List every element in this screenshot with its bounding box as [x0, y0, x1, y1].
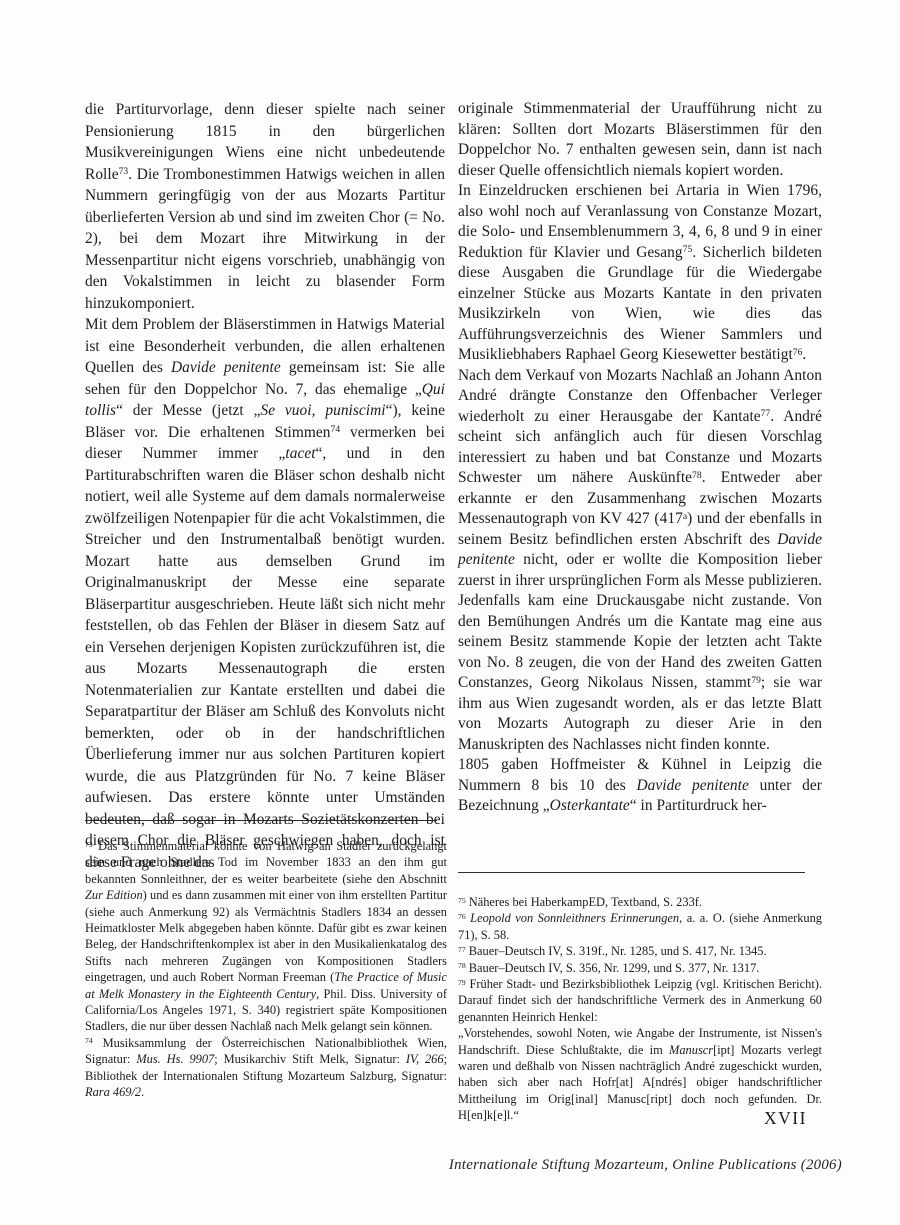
body-paragraph: 1805 gaben Hoffmeister & Kühnel in Leipz…: [458, 755, 822, 817]
footnote: 74 Musiksammlung der Österreichischen Na…: [85, 1035, 447, 1101]
right-column-body: originale Stimmenmaterial der Uraufführu…: [458, 99, 822, 817]
footnote: 75 Näheres bei HaberkampED, Textband, S.…: [458, 894, 822, 910]
footnote: 77 Bauer–Deutsch IV, S. 319f., Nr. 1285,…: [458, 943, 822, 959]
right-column-footnotes: 75 Näheres bei HaberkampED, Textband, S.…: [458, 872, 822, 1124]
page-number: XVII: [764, 1108, 807, 1129]
body-paragraph: In Einzeldrucken erschienen bei Artaria …: [458, 181, 822, 366]
body-paragraph: originale Stimmenmaterial der Uraufführu…: [458, 99, 822, 181]
footnote: 73 Das Stimmenmaterial könnte von Hatwig…: [85, 838, 447, 1035]
footer-credit: Internationale Stiftung Mozarteum, Onlin…: [449, 1157, 842, 1174]
body-paragraph: die Partiturvorlage, denn dieser spielte…: [85, 99, 445, 314]
footnote-separator-rule: [85, 820, 437, 821]
body-paragraph: Mit dem Problem der Bläserstimmen in Hat…: [85, 314, 445, 873]
footnote: 79 Früher Stadt- und Bezirksbibliothek L…: [458, 976, 822, 1025]
footnote: 78 Bauer–Deutsch IV, S. 356, Nr. 1299, u…: [458, 960, 822, 976]
left-column-footnotes: 73 Das Stimmenmaterial könnte von Hatwig…: [85, 820, 447, 1101]
left-column-body: die Partiturvorlage, denn dieser spielte…: [85, 99, 445, 873]
footnote-separator-rule: [458, 872, 805, 873]
footnote: 76 Leopold von Sonnleithners Erinnerunge…: [458, 910, 822, 943]
body-paragraph: Nach dem Verkauf von Mozarts Nachlaß an …: [458, 366, 822, 756]
document-page: die Partiturvorlage, denn dieser spielte…: [0, 0, 900, 1225]
